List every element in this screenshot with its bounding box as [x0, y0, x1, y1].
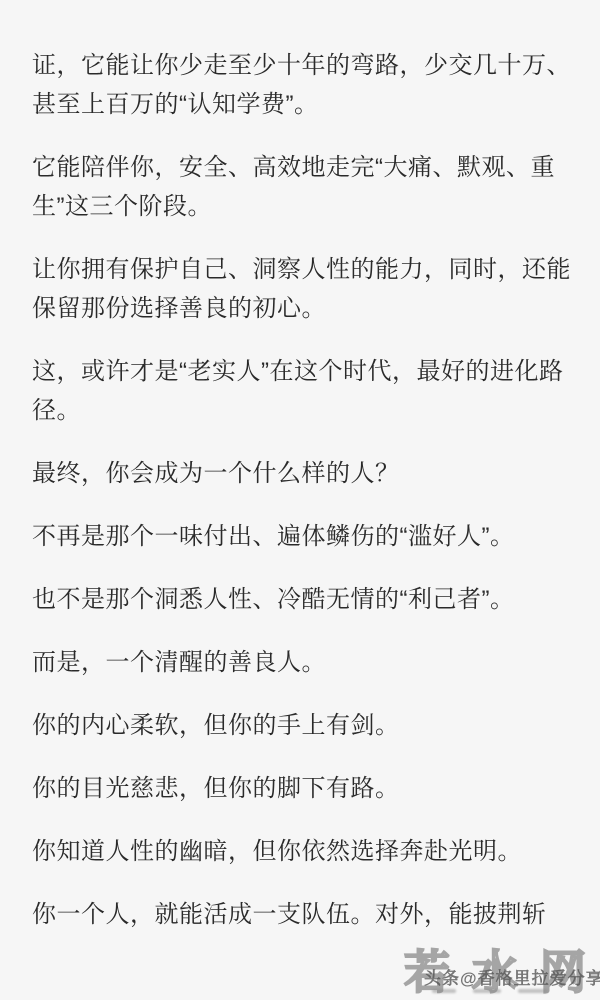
paragraph: 你的目光慈悲，但你的脚下有路。 [32, 769, 577, 808]
paragraph: 你的内心柔软，但你的手上有剑。 [32, 706, 577, 745]
paragraph: 这，或许才是“老实人”在这个时代，最好的进化路 径。 [32, 352, 577, 430]
paragraph: 证，它能让你少走至少十年的弯路，少交几十万、 甚至上百万的“认知学费”。 [32, 46, 577, 124]
paragraph: 它能陪伴你，安全、高效地走完“大痛、默观、重 生”这三个阶段。 [32, 148, 577, 226]
paragraph: 最终，你会成为一个什么样的人？ [32, 454, 577, 493]
watermark-smudge [473, 989, 501, 993]
article-page: 证，它能让你少走至少十年的弯路，少交几十万、 甚至上百万的“认知学费”。 它能陪… [0, 0, 600, 1000]
watermark-smudge [518, 989, 548, 993]
paragraph: 让你拥有保护自己、洞察人性的能力，同时，还能 保留那份选择善良的初心。 [32, 250, 577, 328]
paragraph: 而是，一个清醒的善良人。 [32, 643, 577, 682]
paragraph: 你一个人，就能活成一支队伍。对外，能披荆斩 [32, 895, 577, 934]
watermark-fineprint [432, 989, 548, 993]
watermark-credit: 头条@香格里拉爱分享 [424, 964, 600, 989]
paragraph: 你知道人性的幽暗，但你依然选择奔赴光明。 [32, 832, 577, 871]
watermark-smudge [432, 989, 456, 993]
article-body: 证，它能让你少走至少十年的弯路，少交几十万、 甚至上百万的“认知学费”。 它能陪… [32, 46, 577, 958]
paragraph: 也不是那个洞悉人性、冷酷无情的“利己者”。 [32, 580, 577, 619]
paragraph: 不再是那个一味付出、遍体鳞伤的“滥好人”。 [32, 517, 577, 556]
